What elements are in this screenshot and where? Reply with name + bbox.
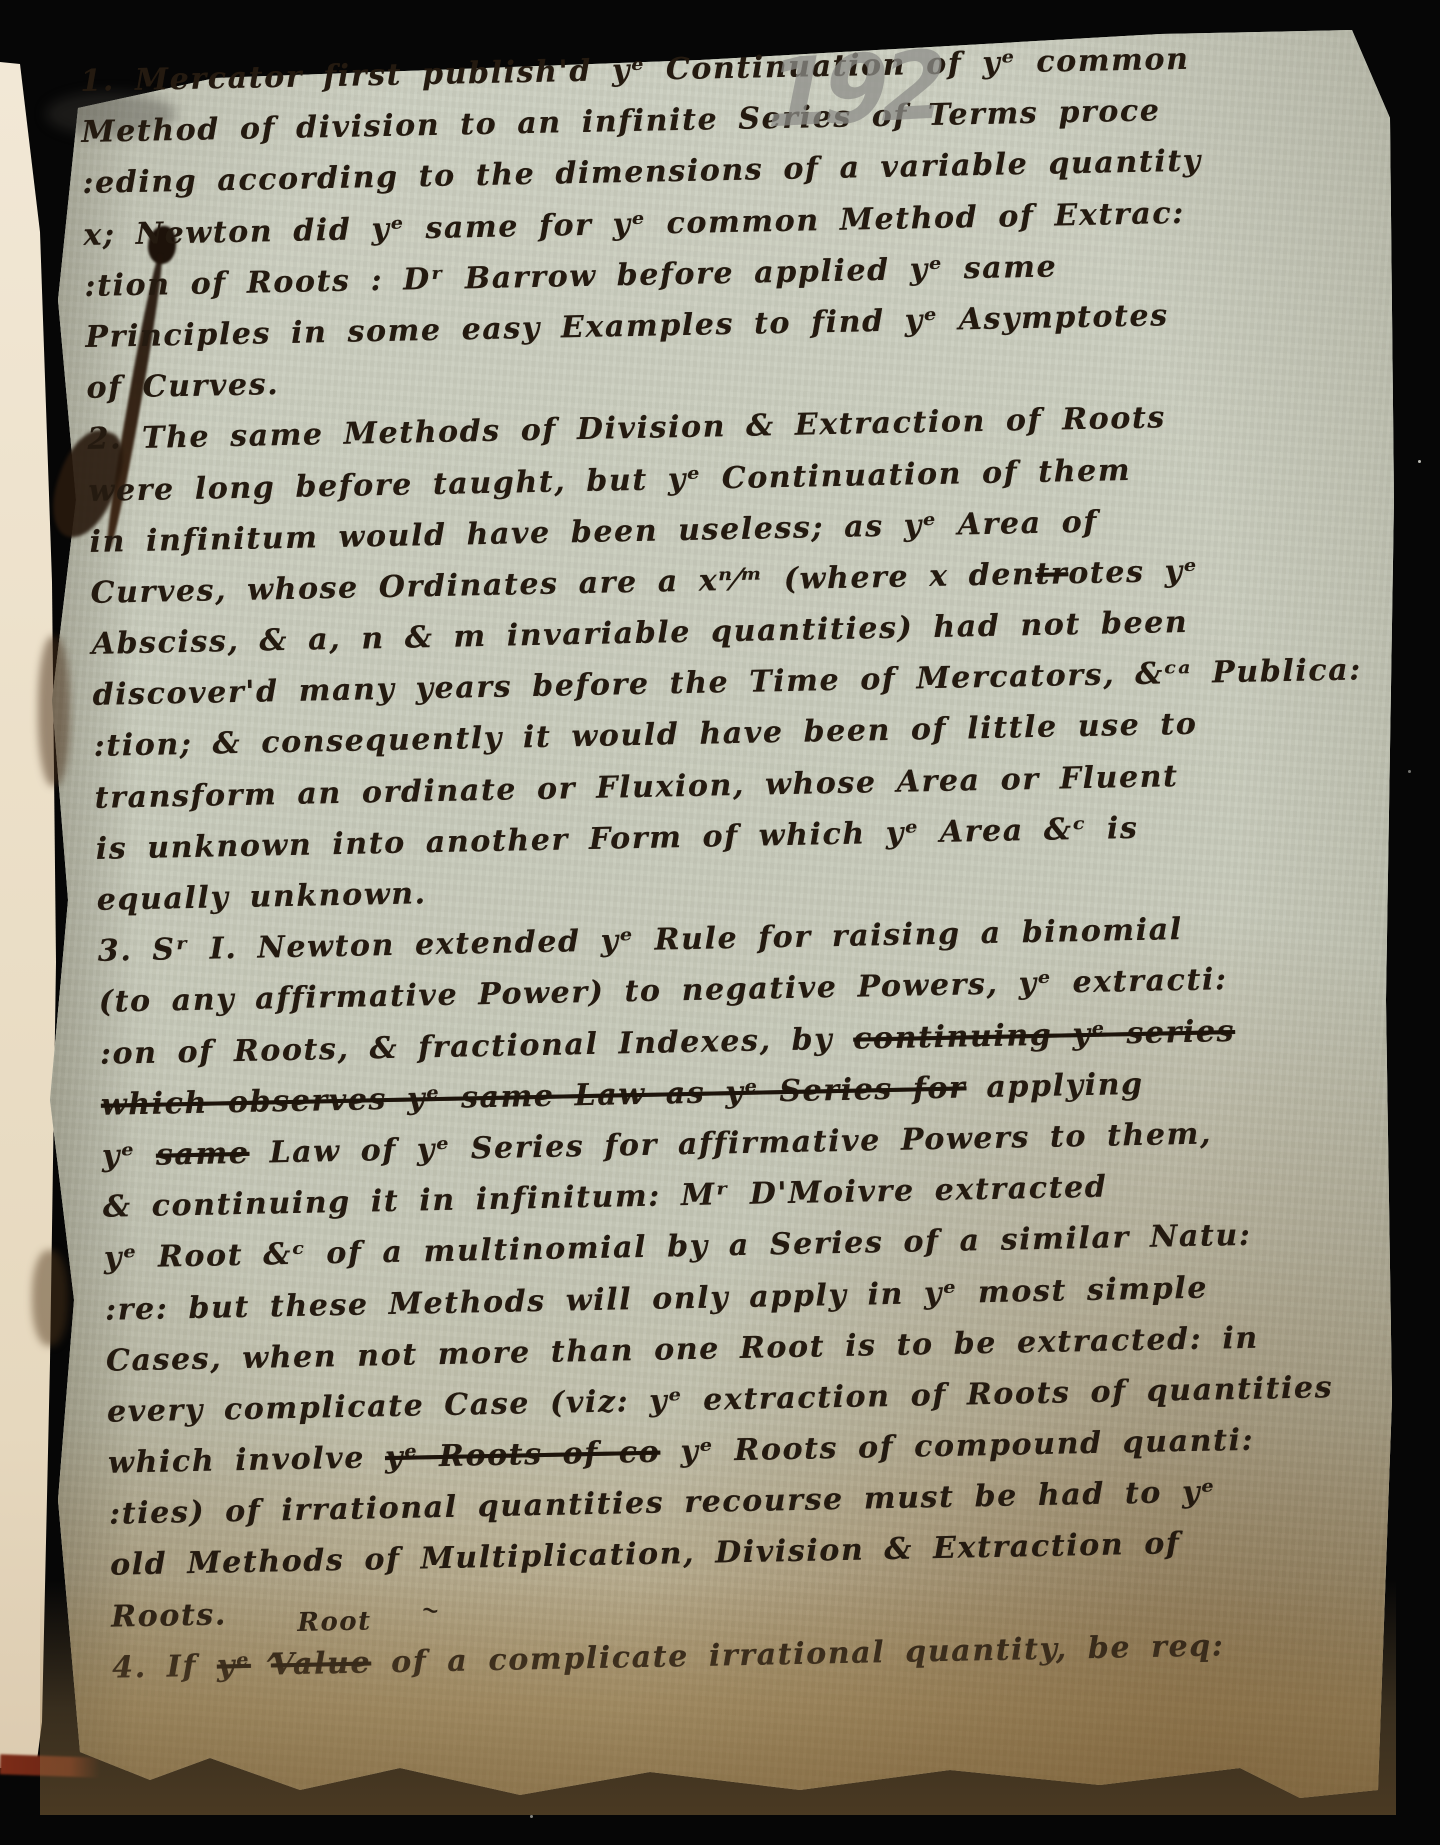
handwritten-text: 4. If xyxy=(112,1648,217,1685)
struck-text: yᵉ Roots of co xyxy=(385,1435,661,1476)
handwritten-text: of Curves. xyxy=(86,367,279,406)
handwritten-text: 1. Mercator first publish'd yᵉ Continuat… xyxy=(80,42,1190,99)
adjacent-page-edge xyxy=(0,62,58,1768)
handwritten-text: Roots. xyxy=(111,1597,227,1634)
paper-smudge xyxy=(38,636,70,786)
handwritten-text: which involve xyxy=(108,1440,386,1481)
struck-text: tr xyxy=(1035,556,1069,592)
pencil-folio-number: 192 xyxy=(755,31,948,150)
dust-speck xyxy=(1418,460,1421,463)
dust-speck xyxy=(1408,770,1411,773)
handwritten-text: otes yᵉ xyxy=(1068,554,1199,592)
handwritten-text-block: Root ^ ~ 1. Mercator first publish'd yᵉ … xyxy=(80,38,1433,1702)
struck-text: same xyxy=(156,1136,250,1173)
handwritten-text: equally unknown. xyxy=(96,876,427,918)
scanned-manuscript-page: { "scan": { "page_number_pencil": "192",… xyxy=(0,0,1440,1845)
handwritten-text: yᵉ xyxy=(102,1138,157,1174)
handwritten-text xyxy=(251,1647,272,1682)
paper-smudge xyxy=(32,1250,68,1346)
book-binding-edge xyxy=(0,1754,100,1777)
handwritten-text: applying xyxy=(966,1067,1144,1106)
struck-text: continuing yᵉ series xyxy=(853,1014,1236,1057)
struck-text: yᵉ xyxy=(217,1648,252,1684)
dust-speck xyxy=(530,1815,533,1818)
struck-text: Value xyxy=(271,1645,372,1682)
